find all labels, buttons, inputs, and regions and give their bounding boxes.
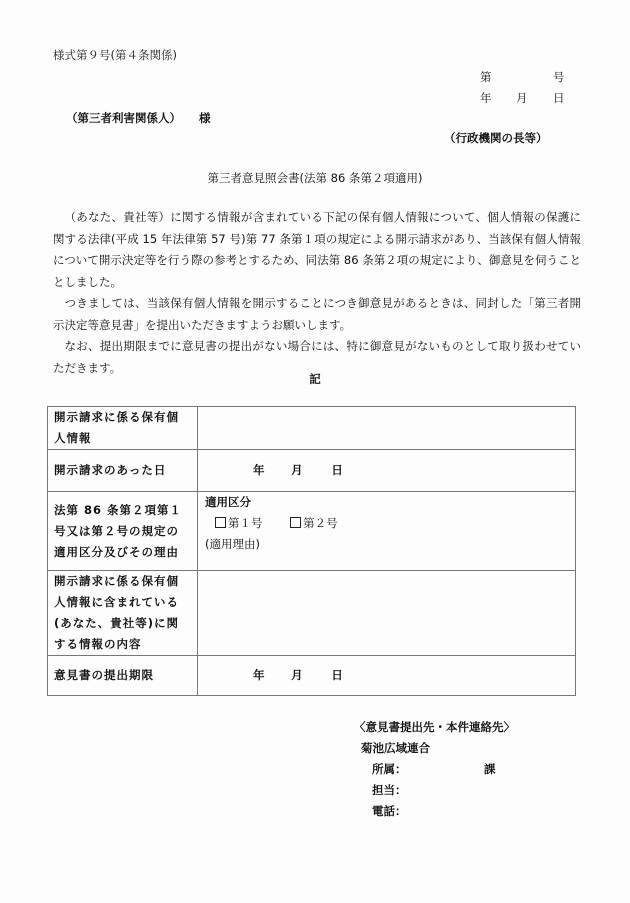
date-month: 月 (516, 90, 528, 106)
recipient-honorific: 様 (199, 111, 211, 125)
deadline-month: 月 (291, 665, 303, 686)
number-go: 号 (553, 69, 565, 85)
table-row: 意見書の提出期限 年 月 日 (48, 656, 576, 696)
deadline-year: 年 (253, 665, 265, 686)
category-options: 第１号 第２号 (205, 513, 569, 534)
number-dai: 第 (480, 69, 492, 85)
form-number-label: 様式第９号(第４条関係) (53, 47, 177, 63)
paragraph-2: つきましては、当該保有個人情報を開示することにつき御意見があるときは、同封した「… (53, 293, 581, 336)
option-1-label: 第１号 (228, 513, 263, 534)
table-row: 開示請求のあった日 年 月 日 (48, 450, 576, 492)
table-row: 開示請求に係る保有個人情報 (48, 407, 576, 450)
category-title: 適用区分 (205, 492, 569, 513)
affiliation-label: 所属： (372, 762, 407, 776)
checkbox-icon[interactable] (215, 517, 226, 528)
contact-block: 〈意見書提出先・本件連絡先〉 菊池広域連合 所属： 課 担当： 電話： (354, 717, 574, 822)
paragraph-1: （あなた、貴社等）に関する情報が含まれている下記の保有個人情報について、個人情報… (53, 207, 581, 293)
row-label-deadline: 意見書の提出期限 (48, 656, 198, 696)
row-value-deadline[interactable]: 年 月 日 (198, 656, 576, 696)
document-title: 第三者意見照会書(法第 86 条第２項適用) (0, 170, 630, 186)
recipient-name: （第三者利害関係人） (66, 111, 181, 125)
reason-label: (適用理由) (205, 534, 569, 555)
ki-heading: 記 (0, 371, 630, 387)
date-day: 日 (553, 90, 565, 106)
deadline-day: 日 (331, 665, 343, 686)
checkbox-icon[interactable] (290, 517, 301, 528)
row-value-request-date[interactable]: 年 月 日 (198, 450, 576, 492)
body-text: （あなた、貴社等）に関する情報が含まれている下記の保有個人情報について、個人情報… (53, 207, 581, 379)
recipient: （第三者利害関係人）様 (66, 110, 211, 126)
contact-affiliation: 所属： 課 (354, 759, 574, 780)
row-value-applicable-category: 適用区分 第１号 第２号 (適用理由) (198, 492, 576, 571)
table-row: 開示請求に係る保有個人情報に含まれている(あなた、貴社等)に関する情報の内容 (48, 571, 576, 656)
sender: （行政機関の長等） (444, 130, 548, 146)
row-label-info-content: 開示請求に係る保有個人情報に含まれている(あなた、貴社等)に関する情報の内容 (48, 571, 198, 656)
category-option-2[interactable]: 第２号 (290, 513, 338, 534)
row-value-info-content[interactable] (198, 571, 576, 656)
row-label-applicable-category: 法第 86 条第２項第１号又は第２号の規定の適用区分及びその理由 (48, 492, 198, 571)
request-date-month: 月 (291, 460, 303, 481)
affiliation-suffix: 課 (484, 759, 496, 780)
row-value-requested-info[interactable] (198, 407, 576, 450)
option-2-label: 第２号 (303, 513, 338, 534)
info-table: 開示請求に係る保有個人情報 開示請求のあった日 年 月 日 法第 86 条第２項… (47, 406, 576, 696)
contact-heading: 〈意見書提出先・本件連絡先〉 (354, 717, 574, 738)
contact-person: 担当： (354, 780, 574, 801)
request-date-year: 年 (253, 460, 265, 481)
category-option-1[interactable]: 第１号 (215, 513, 263, 534)
date-year: 年 (480, 90, 492, 106)
request-date-day: 日 (331, 460, 343, 481)
contact-organization: 菊池広域連合 (354, 738, 574, 759)
row-label-requested-info: 開示請求に係る保有個人情報 (48, 407, 198, 450)
row-label-request-date: 開示請求のあった日 (48, 450, 198, 492)
contact-phone: 電話： (354, 801, 574, 822)
table-row: 法第 86 条第２項第１号又は第２号の規定の適用区分及びその理由 適用区分 第１… (48, 492, 576, 571)
